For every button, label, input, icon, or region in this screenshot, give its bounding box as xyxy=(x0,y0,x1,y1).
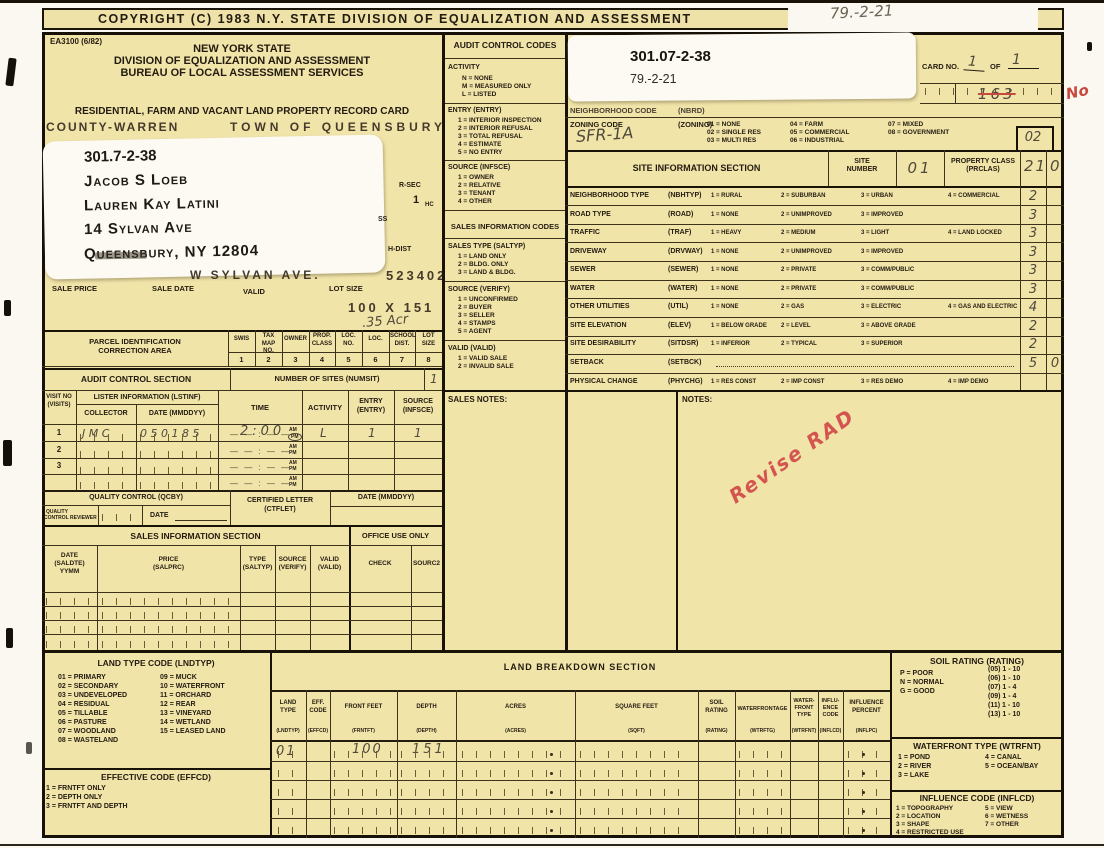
site-row-value: 2 xyxy=(1020,319,1046,334)
land-type-code: 12 = REAR xyxy=(160,701,196,710)
lb-col-code: (ACRES) xyxy=(456,728,575,734)
pm-label: PM xyxy=(289,450,297,456)
land-type-code: 11 = ORCHARD xyxy=(160,692,211,701)
site-row-code: (SETBCK) xyxy=(668,359,701,368)
site-row-opt: 2 = UNIMPROVED xyxy=(781,249,832,257)
col-check: CHECK xyxy=(349,560,411,568)
lb-col-label2: FRONT TYPE xyxy=(790,705,818,718)
pc-col-num: 4 xyxy=(310,355,334,364)
lb-col-label: INFLUENCE xyxy=(843,700,890,708)
soil-rating-range: (07) 1 - 4 xyxy=(988,684,1016,693)
col-date: DATE xyxy=(42,552,97,560)
pc-col-label: LOC. NO. xyxy=(336,333,361,348)
site-row-label: DRIVEWAY xyxy=(570,248,607,257)
site-row-opt: 2 = TYPICAL xyxy=(781,341,817,349)
visit-3-no: 3 xyxy=(42,461,76,471)
col-source-code: (VERIFY) xyxy=(275,564,310,572)
hc-label: HC xyxy=(425,202,434,210)
site-row-code: (NBHTYP) xyxy=(668,192,701,201)
pc-col-label: SWIS xyxy=(229,336,254,344)
site-row-opt: 2 = LEVEL xyxy=(781,323,811,331)
notes-label: NOTES: xyxy=(682,395,712,405)
saltyp-code: 2 = BLDG. ONLY xyxy=(458,261,509,269)
divider xyxy=(565,186,1064,188)
sticker-parcel-id: 301.7-2-38 xyxy=(84,147,157,166)
divider xyxy=(890,737,1064,739)
lb-col-label: EFF. xyxy=(306,700,330,708)
pc-col-num: 5 xyxy=(336,355,361,364)
setback-value2: 0 xyxy=(1046,356,1064,371)
col-date-fmt: YYMM xyxy=(42,568,97,576)
site-row-code: (ELEV) xyxy=(668,322,691,331)
verify-code: 1 = UNCONFIRMED xyxy=(458,296,518,304)
sch-dist-label: H-DIST xyxy=(388,246,411,255)
site-row-opt: 3 = LIGHT xyxy=(861,230,889,238)
lb-col-code: (INFLCD) xyxy=(817,728,844,734)
setback-value: 5 xyxy=(1020,356,1046,371)
land-type-code: 10 = WATERFRONT xyxy=(160,683,225,692)
copyright-text: COPYRIGHT (C) 1983 N.Y. STATE DIVISION O… xyxy=(98,12,692,26)
lb-col-label: WATERFRONTAGE xyxy=(735,706,790,713)
site-row-label: OTHER UTILITIES xyxy=(570,303,630,312)
site-row-label: PHYSICAL CHANGE xyxy=(570,378,638,387)
site-row-opt: 1 = NONE xyxy=(711,286,739,294)
soil-rating-range: (11) 1 - 10 xyxy=(988,702,1020,711)
time-blank-dashes: — — : — — xyxy=(230,463,291,473)
lb-col-label: WATER- xyxy=(790,698,818,705)
site-row-code: (SITDSR) xyxy=(668,340,698,349)
parcel-correction-title2: CORRECTION AREA xyxy=(42,346,228,355)
soil-rating-range: (05) 1 - 10 xyxy=(988,666,1020,675)
site-row-code: (SEWER) xyxy=(668,266,698,275)
activity-header: ACTIVITY xyxy=(302,403,348,412)
office-use-only-label: OFFICE USE ONLY xyxy=(349,531,442,540)
zoning-opt: 08 = GOVERNMENT xyxy=(888,129,949,137)
valid-code: 1 = VALID SALE xyxy=(458,355,507,363)
entry-code: 1 = INTERIOR INSPECTION xyxy=(458,117,542,125)
crossed-out-number: 163 xyxy=(978,86,1016,103)
audit-section-title: AUDIT CONTROL SECTION xyxy=(42,374,230,384)
pm-label: PM xyxy=(289,466,297,472)
pc-col-label: TAX MAP NO. xyxy=(256,333,281,356)
site-row-label: SEWER xyxy=(570,266,596,275)
divider xyxy=(565,150,1064,152)
activity-codes-label: ACTIVITY xyxy=(448,64,480,73)
grid-coordinate-stamp: 523402 xyxy=(386,268,447,283)
card-of-label: OF xyxy=(990,62,1000,71)
card-title: RESIDENTIAL, FARM AND VACANT LAND PROPER… xyxy=(42,106,442,118)
pc-col-label: SCHOOL DIST. xyxy=(390,333,414,348)
divider xyxy=(42,330,442,332)
site-row-label: TRAFFIC xyxy=(570,229,600,238)
site-row-opt: 3 = ABOVE GRADE xyxy=(861,323,916,331)
verify-label: SOURCE (VERIFY) xyxy=(448,286,510,295)
r-sec-value: 1 xyxy=(413,194,419,207)
lb-col-label: SOIL xyxy=(698,700,735,708)
lb-col-label: INFLU- xyxy=(818,698,843,705)
soil-rating-range: (06) 1 - 10 xyxy=(988,675,1020,684)
sticker-street: 14 Sylvan Ave xyxy=(84,219,193,238)
soil-rating-item: N = NORMAL xyxy=(900,679,944,688)
sale-price-label: SALE PRICE xyxy=(52,284,97,293)
influence-item: 5 = VIEW xyxy=(985,805,1013,813)
land-type-code: 05 = TILLABLE xyxy=(58,710,108,719)
parcel-id-sticker-line2: 79.-2-21 xyxy=(630,72,677,86)
pc-col-num: 6 xyxy=(363,355,388,364)
land-type-code: 14 = WETLAND xyxy=(160,719,211,728)
sales-section-title: SALES INFORMATION SECTION xyxy=(42,531,349,541)
pc-col-num: 1 xyxy=(229,355,254,364)
sticker-owner-2: Lauren Kay Latini xyxy=(84,195,220,215)
pc-col-label: LOC. xyxy=(363,336,388,344)
divider xyxy=(890,790,1064,792)
site-row-opt: 4 = IMP DEMO xyxy=(948,379,988,387)
r-sec-label: R-SEC xyxy=(399,182,421,191)
site-row-opt: 4 = COMMERCIAL xyxy=(948,193,1000,201)
pencil-parcel-id-top: 79.-2-21 xyxy=(830,2,894,22)
land-type-code: 09 = MUCK xyxy=(160,674,197,683)
lb-col-code: (FRNTFT) xyxy=(330,728,397,734)
zoning-value: 02 xyxy=(1016,130,1050,145)
verify-code: 5 = AGENT xyxy=(458,328,492,336)
site-row-opt: 2 = MEDIUM xyxy=(781,230,816,238)
site-row-value: 2 xyxy=(1020,189,1046,204)
col-valid: VALID xyxy=(310,556,349,564)
property-class-value: 21 xyxy=(1024,158,1047,175)
zoning-opt: 04 = FARM xyxy=(790,121,823,129)
waterfront-item: 1 = POND xyxy=(898,754,930,763)
divider xyxy=(42,650,1064,653)
influence-code-title: INFLUENCE CODE (INFLCD) xyxy=(890,793,1064,803)
lb-col-label2: CODE xyxy=(306,708,330,716)
waterfront-item: 5 = OCEAN/BAY xyxy=(985,763,1038,772)
setback-leader-line xyxy=(716,366,1014,367)
site-row-opt: 1 = NONE xyxy=(711,304,739,312)
site-row-opt: 3 = COMM/PUBLIC xyxy=(861,267,914,275)
lb-col-label: LAND xyxy=(270,700,306,708)
site-row-opt: 2 = UNIMPROVED xyxy=(781,212,832,220)
entry-header: ENTRY (ENTRY) xyxy=(349,398,393,415)
source-codes-label: SOURCE (INFSCE) xyxy=(448,164,510,173)
effective-code-item: 3 = FRNTFT AND DEPTH xyxy=(46,803,128,812)
land-type-code: 08 = WASTELAND xyxy=(58,737,118,746)
col-price-code: (SALPRC) xyxy=(97,564,240,572)
entry-code: 2 = INTERIOR REFUSAL xyxy=(458,125,533,133)
site-number-value: 01 xyxy=(896,160,944,177)
saltyp-code: 3 = LAND & BLDG. xyxy=(458,269,516,277)
site-row-opt: 1 = NONE xyxy=(711,267,739,275)
site-row-value: 3 xyxy=(1020,282,1046,297)
site-row-value: 2 xyxy=(1020,337,1046,352)
card-no-label: CARD NO. xyxy=(922,62,959,71)
verify-code: 4 = STAMPS xyxy=(458,320,496,328)
site-row-value: 3 xyxy=(1020,208,1046,223)
site-row-opt: 2 = SUBURBAN xyxy=(781,193,826,201)
site-row-opt: 1 = INFERIOR xyxy=(711,341,750,349)
land-type-code: 15 = LEASED LAND xyxy=(160,728,226,737)
saltyp-code: 1 = LAND ONLY xyxy=(458,253,506,261)
influence-item: 6 = WETNESS xyxy=(985,813,1028,821)
site-row-opt: 3 = IMPROVED xyxy=(861,212,903,220)
valid-label: VALID xyxy=(243,287,265,296)
zoning-opt: 05 = COMMERCIAL xyxy=(790,129,849,137)
influence-item: 4 = RESTRICTED USE xyxy=(896,829,964,837)
scan-artifact xyxy=(3,440,12,466)
site-row-opt: 1 = HEAVY xyxy=(711,230,741,238)
scan-edge-bottom xyxy=(0,844,1104,846)
site-row-label: SETBACK xyxy=(570,359,604,368)
site-row-opt: 3 = SUPERIOR xyxy=(861,341,903,349)
col-valid-code: (VALID) xyxy=(310,564,349,572)
visit-1-source: 1 xyxy=(414,426,422,440)
divider xyxy=(42,525,442,527)
entry-code: 4 = ESTIMATE xyxy=(458,141,501,149)
scan-artifact xyxy=(4,300,11,316)
land-type-code: 01 = PRIMARY xyxy=(58,674,106,683)
pm-label: PM xyxy=(289,482,297,488)
site-row-value: 3 xyxy=(1020,263,1046,278)
pc-col-num: 7 xyxy=(390,355,414,364)
activity-code: N = NONE xyxy=(462,75,493,83)
pc-col-num: 8 xyxy=(416,355,441,364)
land-type-code: 13 = VINEYARD xyxy=(160,710,211,719)
obscured-label-smudge xyxy=(95,252,147,260)
pc-col-label: OWNER xyxy=(283,336,308,344)
property-class-code: (PRCLAS) xyxy=(944,166,1022,175)
zoning-opt: 03 = MULTI RES xyxy=(707,137,756,145)
quality-control-label: QUALITY CONTROL (QCBY) xyxy=(42,494,230,503)
influence-item: 1 = TOPOGRAPHY xyxy=(896,805,953,813)
ss-label: SS xyxy=(378,216,387,225)
effective-code-item: 1 = FRNTFT ONLY xyxy=(46,785,106,794)
entry-codes-label: ENTRY (ENTRY) xyxy=(448,107,501,116)
site-row-value: 3 xyxy=(1020,226,1046,241)
divider xyxy=(42,768,270,770)
visit-2-no: 2 xyxy=(42,445,76,455)
lb-col-code: (WTRFNT) xyxy=(789,728,819,734)
entry-code: 5 = NO ENTRY xyxy=(458,149,502,157)
saltyp-label: SALES TYPE (SALTYP) xyxy=(448,243,525,252)
lb-col-code: (EFFCD) xyxy=(306,728,330,734)
valid-code: 2 = INVALID SALE xyxy=(458,363,514,371)
lb-col-label2: ENCE CODE xyxy=(818,705,843,718)
source-code: 4 = OTHER xyxy=(458,198,492,206)
certified-letter-code: (CTFLET) xyxy=(230,506,330,515)
site-row-opt: 1 = NONE xyxy=(711,212,739,220)
sticker-owner-1: Jacob S Loeb xyxy=(84,171,188,190)
zoning-opt: 01 = NONE xyxy=(707,121,740,129)
land-type-code: 06 = PASTURE xyxy=(58,719,107,728)
land-type-code: 04 = RESIDUAL xyxy=(58,701,110,710)
site-row-value: 3 xyxy=(1020,245,1046,260)
col-price: PRICE xyxy=(97,556,240,564)
site-row-label: NEIGHBORHOOD TYPE xyxy=(570,192,649,201)
codes-panel-title: AUDIT CONTROL CODES xyxy=(445,40,565,50)
scan-artifact xyxy=(1087,42,1092,51)
land-type-title: LAND TYPE CODE (LNDTYP) xyxy=(42,658,270,668)
time-blank-dashes: — — : — — xyxy=(230,447,291,457)
scan-edge-top xyxy=(0,0,1104,3)
land-type-code: 03 = UNDEVELOPED xyxy=(58,692,127,701)
site-row-opt: 2 = PRIVATE xyxy=(781,286,816,294)
scanned-property-record-card: COPYRIGHT (C) 1983 N.Y. STATE DIVISION O… xyxy=(0,0,1104,848)
source-code: 3 = TENANT xyxy=(458,190,495,198)
parcel-id-sticker-line1: 301.07-2-38 xyxy=(630,48,711,65)
source-code: 1 = OWNER xyxy=(458,174,494,182)
date-header: DATE (MMDDYY) xyxy=(136,410,218,419)
visit-1-no: 1 xyxy=(42,428,76,438)
number-of-sites-value: 1 xyxy=(430,372,438,386)
lb-col-label: DEPTH xyxy=(397,704,456,712)
zoning-opt: 06 = INDUSTRIAL xyxy=(790,137,844,145)
lb-col-code: (RATING) xyxy=(698,728,735,734)
lb-col-code: (SQFT) xyxy=(575,728,698,734)
site-row-opt: 3 = RES DEMO xyxy=(861,379,903,387)
sale-date-label: SALE DATE xyxy=(152,284,194,293)
influence-item: 3 = SHAPE xyxy=(896,821,929,829)
site-number-label2: NUMBER xyxy=(828,166,896,175)
col-type-code: (SALTYP) xyxy=(240,564,275,572)
site-row-code: (PHYCHG) xyxy=(668,378,703,387)
valid-codes-label: VALID (VALID) xyxy=(448,345,496,354)
waterfront-item: 3 = LAKE xyxy=(898,772,929,781)
site-row-opt: 2 = GAS xyxy=(781,304,804,312)
parcel-correction-title: PARCEL IDENTIFICATION xyxy=(42,337,228,346)
site-row-label: SITE ELEVATION xyxy=(570,322,627,331)
lb-col-label2: TYPE xyxy=(270,708,306,716)
soil-rating-item: G = GOOD xyxy=(900,688,935,697)
waterfront-item: 4 = CANAL xyxy=(985,754,1021,763)
town-stamp: TOWN OF QUEENSBURY xyxy=(230,120,446,134)
sales-notes-label: SALES NOTES: xyxy=(448,395,507,405)
lot-size-label: LOT SIZE xyxy=(329,284,363,293)
lb-col-code: (DEPTH) xyxy=(397,728,456,734)
site-row-opt: 1 = RES CONST xyxy=(711,379,756,387)
col-date-code: (SALDTE) xyxy=(42,560,97,568)
verify-code: 3 = SELLER xyxy=(458,312,495,320)
sales-codes-title: SALES INFORMATION CODES xyxy=(445,222,565,231)
time-header: TIME xyxy=(218,403,302,412)
site-row-opt: 1 = NONE xyxy=(711,249,739,257)
site-row-opt: 4 = LAND LOCKED xyxy=(948,230,1002,238)
site-row-code: (ROAD) xyxy=(668,211,693,220)
nbrd-label: NEIGHBORHOOD CODE xyxy=(570,106,657,115)
lb-col-code: (WTRFTG) xyxy=(735,728,790,734)
site-row-label: ROAD TYPE xyxy=(570,211,611,220)
soil-rating-item: P = POOR xyxy=(900,670,933,679)
lb-col-label: SQUARE FEET xyxy=(575,704,698,712)
site-row-opt: 2 = IMP CONST xyxy=(781,379,824,387)
pc-col-label: LOT SIZE xyxy=(416,333,441,348)
property-class-value2: 0 xyxy=(1050,158,1060,175)
qc-reviewer-label2: CONTROL REVIEWER xyxy=(44,515,97,521)
site-row-value: 4 xyxy=(1020,300,1046,315)
site-row-code: (TRAF) xyxy=(668,229,691,238)
col-sourc2: SOURC2 xyxy=(411,560,442,568)
effective-code-title: EFFECTIVE CODE (EFFCD) xyxy=(42,772,270,782)
scan-artifact xyxy=(6,628,13,648)
collector-header: COLLECTOR xyxy=(76,410,136,419)
red-margin-note: No xyxy=(1064,82,1090,103)
scan-artifact xyxy=(26,742,32,754)
card-no-value: 1 xyxy=(963,53,985,71)
soil-rating-title: SOIL RATING (RATING) xyxy=(890,656,1064,666)
effective-code-item: 2 = DEPTH ONLY xyxy=(46,794,102,803)
site-row-label: WATER xyxy=(570,285,595,294)
parcel-id-sticker xyxy=(568,32,917,101)
waterfront-item: 2 = RIVER xyxy=(898,763,931,772)
lister-info-header: LISTER INFORMATION (LSTINF) xyxy=(76,394,218,403)
zoning-opt: 02 = SINGLE RES xyxy=(707,129,761,137)
nbrd-code: (NBRD) xyxy=(678,106,705,115)
qc-date-label: DATE xyxy=(150,512,169,521)
divider xyxy=(442,390,1064,392)
site-row-opt: 1 = BELOW GRADE xyxy=(711,323,767,331)
verify-code: 2 = BUYER xyxy=(458,304,492,312)
waterfront-type-title: WATERFRONT TYPE (WTRFNT) xyxy=(890,741,1064,751)
site-row-opt: 4 = GAS AND ELECTRIC xyxy=(948,304,1017,312)
time-blank-dashes: — — : — — xyxy=(230,479,291,489)
land-breakdown-title: LAND BREAKDOWN SECTION xyxy=(270,662,890,673)
lb-col-label: ACRES xyxy=(456,704,575,712)
number-of-sites-label: NUMBER OF SITES (NUMSIT) xyxy=(230,374,424,383)
scan-artifact xyxy=(5,58,16,87)
source-header: SOURCE (INFSCE) xyxy=(395,398,441,415)
site-row-code: (WATER) xyxy=(668,285,697,294)
source-code: 2 = RELATIVE xyxy=(458,182,501,190)
activity-code: L = LISTED xyxy=(462,91,496,99)
site-row-opt: 1 = RURAL xyxy=(711,193,742,201)
visit-1-time: 2:00 xyxy=(240,424,285,439)
site-row-opt: 3 = COMM/PUBLIC xyxy=(861,286,914,294)
certified-letter-label: CERTIFIED LETTER xyxy=(230,497,330,506)
lb-col-label: FRONT FEET xyxy=(330,704,397,712)
card-total-value: 1 xyxy=(1008,52,1039,69)
county-stamp: COUNTY-WARREN xyxy=(46,120,179,134)
site-row-opt: 3 = IMPROVED xyxy=(861,249,903,257)
divider xyxy=(42,368,442,370)
soil-rating-range: (09) 1 - 4 xyxy=(988,693,1016,702)
pc-col-label: PROP. CLASS xyxy=(310,333,334,348)
soil-rating-range: (13) 1 - 10 xyxy=(988,711,1020,720)
land-type-code: 02 = SECONDARY xyxy=(58,683,118,692)
land-type-code: 07 = WOODLAND xyxy=(58,728,116,737)
org-bureau: BUREAU OF LOCAL ASSESSMENT SERVICES xyxy=(42,67,442,80)
site-row-code: (DRVWAY) xyxy=(668,248,703,257)
site-row-opt: 2 = PRIVATE xyxy=(781,267,816,275)
qc-date2-label: DATE (MMDDYY) xyxy=(330,494,442,503)
zoning-opt: 07 = MIXED xyxy=(888,121,923,129)
site-row-opt: 3 = ELECTRIC xyxy=(861,304,901,312)
activity-code: M = MEASURED ONLY xyxy=(462,83,531,91)
site-row-label: SITE DESIRABILITY xyxy=(570,340,636,349)
lb-col-label2: RATING xyxy=(698,708,735,716)
site-info-title: SITE INFORMATION SECTION xyxy=(565,163,828,174)
site-row-opt: 3 = URBAN xyxy=(861,193,893,201)
lb-col-code: (INFLPC) xyxy=(843,728,890,734)
influence-item: 2 = LOCATION xyxy=(896,813,940,821)
visit-1-entry: 1 xyxy=(368,426,376,440)
site-row-code: (UTIL) xyxy=(668,303,688,312)
entry-code: 3 = TOTAL REFUSAL xyxy=(458,133,522,141)
pc-col-num: 2 xyxy=(256,355,281,364)
lb-col-code: (LNDTYP) xyxy=(270,728,306,734)
scan-glare-patch xyxy=(788,5,1038,32)
influence-item: 7 = OTHER xyxy=(985,821,1019,829)
visit-no-header: VISIT NO (VISITS) xyxy=(43,394,75,409)
pm-label-circled: PM xyxy=(288,433,302,441)
lb-col-label2: PERCENT xyxy=(843,708,890,716)
